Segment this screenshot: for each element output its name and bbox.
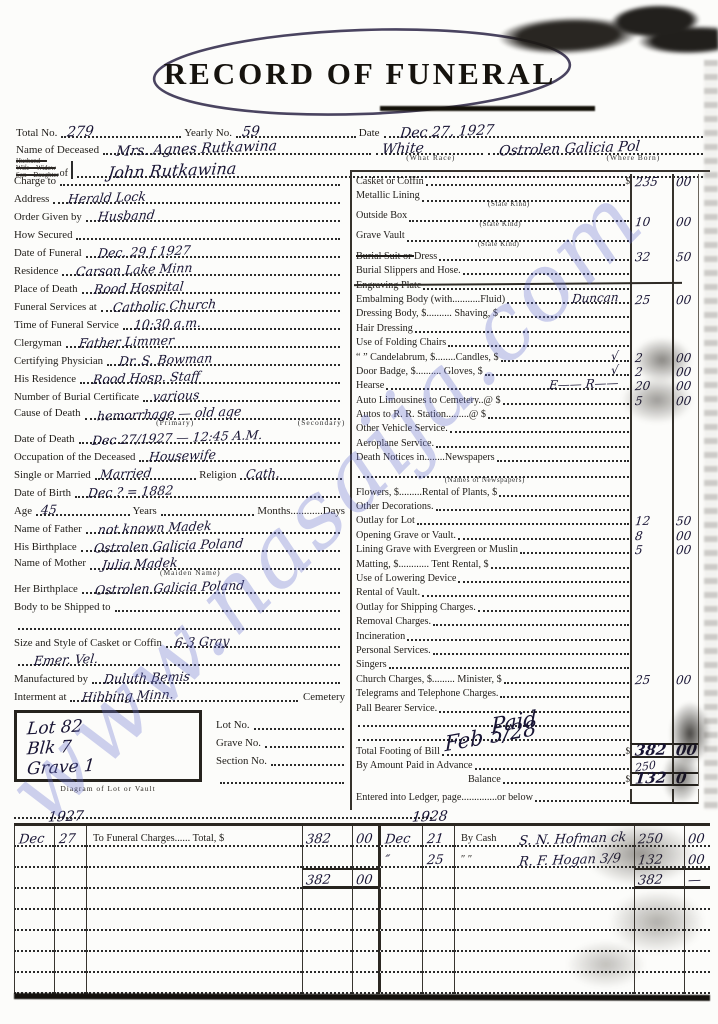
charge-row: Door Badge, $.......... Gloves, $ √ 2 00: [356, 364, 710, 378]
charge-label: Entered into Ledger, page..............o…: [356, 792, 533, 804]
field-tail-label: Cemetery: [303, 691, 347, 704]
charge-row: Dressing Body, $.......... Shaving, $: [356, 306, 710, 320]
form-field-row: Name of Father not known Madek: [14, 518, 347, 536]
charge-row: Personal Services.: [356, 643, 710, 657]
amount-cents-cell: 00: [672, 174, 698, 188]
form-field-row: [216, 768, 347, 786]
page-edge-rule: [698, 407, 710, 421]
charges-column: Casket or Coffin $ 235 00 Metallic Linin…: [350, 170, 710, 810]
ledger-debit-desc-cell: [86, 973, 302, 994]
amount-cents-cell: [672, 464, 698, 484]
ledger-month-cell-right: [378, 910, 422, 931]
charge-leader: [478, 600, 629, 612]
field-label: Date of Birth: [14, 487, 73, 500]
header-name-line: Name of Deceased Mrs. Agnes Rutkawina Wh…: [16, 141, 706, 157]
form-field-row: [14, 614, 347, 632]
page-edge-rule: [698, 320, 710, 334]
amount-cents-cell: 00: [672, 292, 698, 306]
form-field-row: Time of Funeral Service 10:30 a.m.: [14, 314, 347, 332]
amount-cents-cell: [672, 628, 698, 642]
charge-leader: [500, 306, 629, 318]
charge-label: Embalming Body (with...........Fluid): [356, 294, 505, 306]
charge-handwriting: E—— R——: [549, 376, 620, 392]
page-edge-rule: [698, 628, 710, 642]
charge-row: Autos to R. R. Station.........@ $: [356, 407, 710, 421]
amount-cents-cell: [672, 263, 698, 277]
charge-leader: (State Kind): [407, 230, 629, 242]
amount-cents-cell: [672, 715, 698, 729]
ledger-credit-desc-cell: By Cash S. N. Hofman ck: [454, 826, 634, 847]
ledger-month-cell: [14, 847, 54, 868]
amount-cents-cell: 00: [672, 364, 698, 378]
amount-dollars-cell: 25: [630, 671, 672, 685]
amount-dollars-cell: 5: [630, 392, 672, 406]
ledger-month-cell-right: Dec: [378, 826, 422, 847]
page-edge-rule: [698, 758, 710, 772]
ledger-credit-dollars-cell: [634, 973, 684, 994]
charge-leader: (Names of Newspapers): [358, 466, 629, 478]
amount-cents-cell: [672, 188, 698, 208]
field-value-line: Ostrolen Galicia Poland: [81, 538, 340, 552]
amount-cents-cell: 00: [672, 349, 698, 363]
field-label: Single or Married: [14, 469, 93, 482]
ledger-debit-dollars-cell: [302, 931, 352, 952]
charge-label: Auto Limousines to Cemetery..@ $: [356, 395, 501, 407]
field-value-line: Duluth Bemis: [92, 670, 340, 684]
ledger-row: [14, 973, 710, 994]
charge-sublabel: (State Kind): [488, 200, 530, 208]
charge-leader: Feb 5/28: [358, 729, 629, 741]
ledger-credit-cents-cell: 00: [684, 826, 710, 847]
ledger-row: ″ 25 ″ ″ R. F. Hogan 3/9 132 00: [14, 847, 710, 868]
charge-sublabel: (State Kind): [478, 240, 520, 248]
ledger-month-cell-right: [378, 889, 422, 910]
ledger-debit-desc-cell: [86, 868, 302, 889]
amount-dollars-cell: [630, 628, 672, 642]
field-value-line: Herald Lock: [53, 190, 340, 204]
page-edge-rule: [698, 499, 710, 513]
amount-dollars-cell: [630, 643, 672, 657]
charge-label: Dressing Body, $.......... Shaving, $: [356, 308, 498, 320]
amount-cents-cell: 00: [672, 208, 698, 228]
charge-leader: [450, 421, 629, 433]
field-label: Interment at: [14, 691, 68, 704]
charge-leader: [448, 335, 629, 347]
amount-dollars-cell: [630, 715, 672, 729]
form-field-row: Place of Death Rood Hospital: [14, 278, 347, 296]
charge-leader: [491, 557, 629, 569]
left-fields-list: Charge to Address: [14, 170, 347, 704]
ledger-month-cell: [14, 910, 54, 931]
amount-dollars-cell: [630, 686, 672, 700]
ledger-debit-dollars-cell: [302, 847, 352, 868]
charge-leader: [463, 263, 629, 275]
ledger-credit-desc-cell: [454, 910, 634, 931]
field-label: Her Birthplace: [14, 583, 80, 596]
ledger-credit-dollars-cell: 382: [634, 868, 684, 889]
charge-row: Grave Vault (State Kind): [356, 228, 710, 248]
field-label: Body to be Shipped to: [14, 601, 113, 614]
ledger-month-cell-right: [378, 973, 422, 994]
field-value-line: Carson Lake Minn: [62, 262, 340, 276]
page-edge-rule: [698, 306, 710, 320]
amount-cents-cell: 00: [672, 378, 698, 392]
charge-label: Total Footing of Bill: [356, 746, 440, 758]
charge-label: Rental of Vault.: [356, 587, 420, 599]
field-label: Date of Funeral: [14, 247, 84, 260]
form-field-row: Cause of Death hemorrhage — old age (Pri…: [14, 404, 347, 428]
amount-dollars-cell: [630, 421, 672, 435]
amount-cents-cell: [672, 643, 698, 657]
page-edge-rule: [698, 174, 710, 188]
amount-dollars-cell: 2: [630, 364, 672, 378]
ledger-month-cell-right: [378, 952, 422, 973]
born-field: Ostrolen Galicia Pol (Where Born): [488, 141, 703, 155]
amount-cents-cell: [672, 335, 698, 349]
charge-label: Other Vehicle Service.: [356, 423, 448, 435]
field-label-2: Years: [133, 505, 159, 518]
date-label: Date: [359, 127, 382, 140]
amount-cents-cell: [672, 435, 698, 449]
charge-leader: (State Kind): [409, 210, 629, 222]
form-field-row: Size and Style of Casket or Coffin 6-3 G…: [14, 632, 347, 650]
amount-cents-cell: [672, 450, 698, 464]
ledger-bottom-bar: [14, 993, 710, 1001]
field-label: Size and Style of Casket or Coffin: [14, 637, 164, 650]
charge-row: Burial Suit or Dress 32 50: [356, 248, 710, 262]
form-field-row: His Residence Rood Hosp. Staff: [14, 368, 347, 386]
ledger-day-cell: [54, 868, 86, 889]
form-field-row: Name of Mother Julia Madek (Maiden Name): [14, 554, 347, 578]
title-block: RECORD OF FUNERAL: [140, 20, 580, 124]
amount-cents-cell: 00: [672, 743, 698, 757]
page-edge-rule: [698, 392, 710, 406]
ledger-month-cell: [14, 973, 54, 994]
ledger-debit-dollars-cell: [302, 889, 352, 910]
ledger-debit-cents-cell: [352, 910, 378, 931]
page-edge-rule: [698, 335, 710, 349]
charge-leader: (State Kind): [422, 190, 629, 202]
page-edge-rule: [698, 686, 710, 700]
field-value-line: Housewife: [139, 448, 340, 462]
ledger-month-cell: [14, 868, 54, 889]
amount-cents-cell: [672, 499, 698, 513]
ledger-debit-desc-cell: [86, 952, 302, 973]
page-edge-rule: [698, 729, 710, 743]
page-edge-rule: [698, 349, 710, 363]
ledger-debit-cents-cell: 00: [352, 826, 378, 847]
form-body: Charge to Address: [14, 170, 710, 810]
charge-label: Outside Box: [356, 210, 407, 222]
ledger-credit-cents-cell: —: [684, 868, 710, 889]
page-edge-rule: [698, 614, 710, 628]
race-field: White (What Race): [376, 141, 483, 155]
ledger-credit-dollars-cell: [634, 910, 684, 931]
amount-dollars-cell: [630, 188, 672, 208]
page-title: RECORD OF FUNERAL: [140, 56, 580, 92]
ledger-year-left: 1927: [47, 808, 84, 825]
charge-leader: [439, 249, 629, 261]
charge-label: Use of Folding Chairs: [356, 337, 446, 349]
field-value-line: Emer. Vel.: [18, 652, 340, 666]
amount-cents-cell: [672, 599, 698, 613]
amount-cents-cell: [672, 306, 698, 320]
amount-cents-cell: [672, 277, 698, 291]
charge-label: Hearse: [356, 380, 384, 392]
charge-label: Door Badge, $.......... Gloves, $: [356, 366, 483, 378]
ledger-day-cell: [54, 889, 86, 910]
amount-dollars-cell: [630, 335, 672, 349]
page-edge-rule: [698, 208, 710, 228]
page-edge-rule: [698, 671, 710, 685]
amount-cents-cell: [672, 585, 698, 599]
field-label: Grave No.: [216, 737, 263, 750]
ledger-credit-desc-cell: [454, 931, 634, 952]
field-label: His Residence: [14, 373, 78, 386]
amount-dollars-cell: 2: [630, 349, 672, 363]
charge-leader: [504, 672, 629, 684]
header-numbers-line: Total No. 279 Yearly No. 59 Date Dec 27,…: [16, 124, 706, 140]
charge-leader: [422, 585, 629, 597]
ledger-credit-desc-cell: ″ ″ R. F. Hogan 3/9: [454, 847, 634, 868]
field-value-line: not known Madek: [86, 520, 340, 534]
page-edge-rule: [698, 484, 710, 498]
field-label-2: Religion: [199, 469, 238, 482]
ledger-credit-desc-cell: [454, 889, 634, 910]
field-label: Charge to: [14, 175, 58, 188]
field-value-line: 6-3 Gray: [166, 634, 340, 648]
charge-leader: [503, 772, 625, 784]
form-field-row: Emer. Vel.: [14, 650, 347, 668]
amount-dollars-cell: 8: [630, 527, 672, 541]
ledger-credit-cents-cell: [684, 952, 710, 973]
amount-dollars-cell: [630, 789, 672, 803]
form-field-row: Date of Funeral Dec. 29 f 1927: [14, 242, 347, 260]
page-edge-rule: [698, 248, 710, 262]
page-edge-rule: [698, 556, 710, 570]
form-field-row: Single or Married Married Religion Cath.: [14, 464, 347, 482]
amount-cents-cell: [672, 556, 698, 570]
field-value-line: Dec. 29 f 1927: [86, 244, 340, 258]
ledger-debit-dollars-cell: [302, 952, 352, 973]
field-tail-label: [345, 569, 347, 570]
charge-label: Metallic Lining: [356, 190, 420, 202]
amount-cents-cell: 0: [672, 772, 698, 786]
lot-diagram-section: Lot 82 Blk 7 Grave 1 Diagram of Lot or V…: [14, 710, 347, 793]
charge-leader: [497, 450, 629, 462]
amount-dollars-cell: 235: [630, 174, 672, 188]
amount-dollars-cell: [630, 657, 672, 671]
amount-cents-cell: [672, 320, 698, 334]
charge-leader: [423, 278, 629, 290]
charge-label: Hair Dressing: [356, 323, 413, 335]
amount-dollars-cell: [630, 556, 672, 570]
field-label: Name of Mother: [14, 557, 88, 570]
ledger-row: Dec 27 To Funeral Charges...... Total, $…: [14, 826, 710, 847]
charge-row: Flowers, $.........Rental of Plants, $: [356, 484, 710, 498]
charge-leader: [488, 407, 629, 419]
charge-row: Death Notices in........Newspapers: [356, 450, 710, 464]
charge-leader: [433, 614, 629, 626]
charge-leader: [426, 174, 625, 186]
charge-label: Pall Bearer Service.: [356, 703, 437, 715]
page-edge-rule: [698, 378, 710, 392]
ledger-day-cell: [54, 952, 86, 973]
field-value-line: [115, 598, 340, 612]
charge-leader: [503, 393, 629, 405]
charge-label: Outlay for Lot: [356, 515, 415, 527]
amount-cents-cell: [672, 421, 698, 435]
ledger-row: [14, 931, 710, 952]
amount-cents-cell: 00: [672, 392, 698, 406]
ledger-debit-desc-cell: [86, 931, 302, 952]
ledger-credit-desc-cell: [454, 952, 634, 973]
field-value-line: hemorrhage — old age (Primary) (Secondar…: [85, 406, 340, 420]
funeral-record-document: www.nasaija.com RECORD OF FUNERAL Total …: [0, 0, 718, 1024]
ledger-debit-desc-cell: [86, 847, 302, 868]
amount-dollars-cell: 20: [630, 378, 672, 392]
charge-label: Opening Grave or Vault.: [356, 530, 456, 542]
charge-row: Outlay for Shipping Charges.: [356, 599, 710, 613]
charge-leader: [389, 657, 629, 669]
charge-leader: [458, 528, 629, 540]
page-edge-rule: [698, 188, 710, 208]
amount-dollars-cell: [630, 499, 672, 513]
field-value-line: Rood Hosp. Staff: [80, 370, 340, 384]
amount-cents-cell: 00: [672, 542, 698, 556]
ledger-year-right: 1928: [411, 808, 448, 825]
amount-cents-cell: [672, 789, 698, 803]
form-field-row: His Birthplace Ostrolen Galicia Poland: [14, 536, 347, 554]
charge-leader: [535, 790, 629, 802]
ledger-day-cell: [54, 847, 86, 868]
field-label: Section No.: [216, 755, 269, 768]
field-label: [216, 785, 218, 786]
charge-row: Hair Dressing: [356, 320, 710, 334]
ledger-debit-cents-cell: [352, 889, 378, 910]
charge-label: Engraving Plate: [356, 280, 421, 292]
ledger-day-cell-right: [422, 931, 454, 952]
ledger-month-cell: [14, 952, 54, 973]
charge-row: Burial Slippers and Hose.: [356, 263, 710, 277]
field-label: Order Given by: [14, 211, 84, 224]
amount-dollars-cell: 132: [630, 772, 672, 786]
ledger-debit-cents-cell: 00: [352, 868, 378, 889]
form-field-row: Lot No.: [216, 714, 347, 732]
charge-sublabel: (Names of Newspapers): [445, 476, 525, 484]
page-edge-rule: [698, 789, 710, 803]
field-label: Time of Funeral Service: [14, 319, 121, 332]
charge-row: Total Footing of Bill $ 382 00: [356, 743, 710, 757]
field-tail-label: Months............Days: [257, 505, 347, 518]
amount-cents-cell: 50: [672, 513, 698, 527]
charge-label: Flowers, $.........Rental of Plants, $: [356, 487, 497, 499]
charge-leader: [499, 485, 629, 497]
charge-label: Personal Services.: [356, 645, 431, 657]
charge-row: Embalming Body (with...........Fluid) Du…: [356, 292, 710, 306]
ledger-table: 1927 1928 Dec 27 To Funeral Charges.....…: [14, 806, 710, 1000]
field-label: His Birthplace: [14, 541, 79, 554]
ledger-month-cell: [14, 889, 54, 910]
ledger-month-cell-right: [378, 868, 422, 889]
charge-label: Church Charges, $......... Minister, $: [356, 674, 502, 686]
charge-row: Balance $ 132 0: [356, 772, 710, 786]
ledger-credit-dollars-cell: [634, 952, 684, 973]
amount-dollars-cell: [630, 306, 672, 320]
page-edge-rule: [698, 513, 710, 527]
ledger-top-rule: 1927 1928: [14, 806, 710, 826]
amount-dollars-cell: 5: [630, 542, 672, 556]
field-value-line: Dec ? = 1882: [75, 484, 340, 498]
charge-handwriting: √: [611, 348, 620, 362]
field-value-line: [254, 716, 344, 730]
field-label: Residence: [14, 265, 60, 278]
yearly-no-label: Yearly No.: [184, 127, 234, 140]
page-edge-rule: [698, 228, 710, 248]
field-label: Number of Burial Certificate: [14, 391, 141, 404]
form-field-row: Her Birthplace Ostrolen Galicia Poland: [14, 578, 347, 596]
charge-row: (Names of Newspapers): [356, 464, 710, 484]
charge-row: Church Charges, $......... Minister, $ 2…: [356, 671, 710, 685]
ledger-day-cell-right: [422, 910, 454, 931]
form-field-row: Order Given by Husband: [14, 206, 347, 224]
charge-row: Outside Box (State Kind) 10 00: [356, 208, 710, 228]
form-field-row: Funeral Services at Catholic Church: [14, 296, 347, 314]
name-of-deceased-field: Mrs. Agnes Rutkawina: [103, 141, 371, 155]
amount-dollars-cell: [630, 614, 672, 628]
ledger-debit-dollars-cell: [302, 973, 352, 994]
ledger-credit-cents-cell: [684, 931, 710, 952]
charge-leader: [407, 629, 629, 641]
charge-label: By Amount Paid in Advance: [356, 760, 473, 772]
name-of-deceased-label: Name of Deceased: [16, 144, 101, 157]
form-field-row: Section No.: [216, 750, 347, 768]
charge-label: Balance: [356, 774, 501, 786]
page-edge-rule: [698, 542, 710, 556]
charge-sublabel: (State Kind): [480, 220, 522, 228]
page-edge-rule: [698, 643, 710, 657]
charge-row: Hearse E—— R—— 20 00: [356, 378, 710, 392]
page-edge-rule: [698, 421, 710, 435]
charge-label: Removal Charges.: [356, 616, 431, 628]
amount-dollars-cell: [630, 484, 672, 498]
field-label: Lot No.: [216, 719, 252, 732]
amount-cents-cell: 00: [672, 671, 698, 685]
ledger-row: [14, 889, 710, 910]
amount-dollars-cell: [630, 599, 672, 613]
charge-row: Incineration: [356, 628, 710, 642]
page-edge-rule: [698, 364, 710, 378]
field-label: Funeral Services at: [14, 301, 99, 314]
ledger-credit-dollars-cell: [634, 931, 684, 952]
field-label: Place of Death: [14, 283, 80, 296]
amount-cents-cell: 50: [672, 248, 698, 262]
amount-dollars-cell: 25: [630, 292, 672, 306]
amount-dollars-cell: 382: [630, 743, 672, 757]
charge-row: “ ” Candelabrum, $........Candles, $ √ 2…: [356, 349, 710, 363]
page-edge-rule: [698, 527, 710, 541]
field-value-line: Catholic Church: [101, 298, 340, 312]
charge-label: Aeroplane Service.: [356, 438, 434, 450]
amount-dollars-cell: [630, 320, 672, 334]
ledger-credit-dollars-cell: 132: [634, 847, 684, 868]
charge-leader: √: [501, 350, 629, 362]
ledger-day-cell-right: [422, 868, 454, 889]
page-edge-rule: [698, 571, 710, 585]
field-label: Manufactured by: [14, 673, 90, 686]
field-value-line: [60, 172, 340, 186]
page-edge-rule: [698, 743, 710, 757]
